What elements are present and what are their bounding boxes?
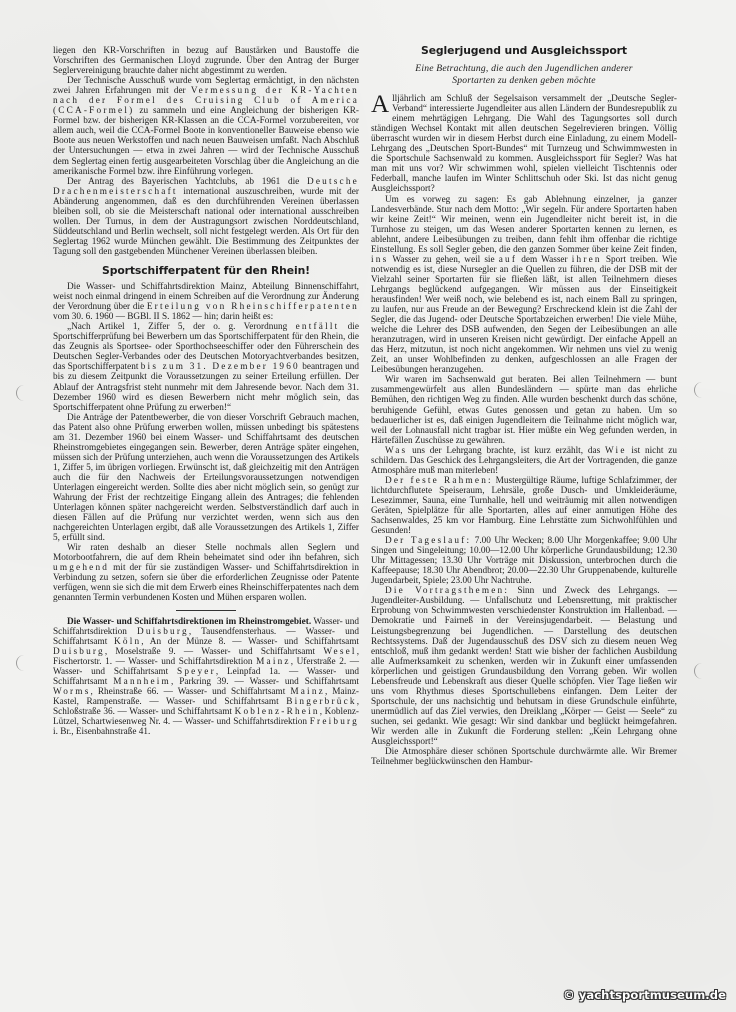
section-divider	[176, 610, 236, 611]
left-column: liegen den KR-Vorschriften in bezug auf …	[53, 46, 359, 737]
paragraph: Wir waren im Sachsenwald gut beraten. Be…	[371, 375, 677, 445]
binding-hole-mark	[16, 655, 27, 671]
directory-city: Duisburg	[137, 627, 189, 637]
drop-cap: A	[371, 95, 389, 115]
directory-city: Worms	[53, 687, 91, 697]
binding-hole-mark	[16, 385, 27, 401]
right-column: Seglerjugend und Ausgleichssport Eine Be…	[371, 46, 677, 767]
paragraph: Alljährlich am Schluß der Segelsaison ve…	[371, 94, 677, 194]
paragraph: Wir raten deshalb an dieser Stelle nochm…	[53, 543, 359, 603]
paragraph: Die Wasser- und Schiffahrtsdirektion Mai…	[53, 282, 359, 322]
quote-paragraph: „Nach Artikel 1, Ziffer 5, der o. g. Ver…	[53, 322, 359, 412]
directory-city: Wesel	[323, 647, 356, 657]
directory-city: Mannheim	[113, 677, 171, 687]
directory-list: Die Wasser- und Schiffahrtsdirektionen i…	[53, 617, 359, 738]
paragraph: Die Vortragsthemen: Sinn und Zweck des L…	[371, 586, 677, 747]
binding-hole-mark	[694, 663, 705, 679]
directory-city: Mainz	[290, 687, 325, 697]
paragraph: Der feste Rahmen: Mustergültige Räume, l…	[371, 476, 677, 536]
paragraph: Der Technische Ausschuß wurde vom Segler…	[53, 76, 359, 176]
paragraph: Die Anträge der Patentbewerber, die von …	[53, 413, 359, 544]
directory-city: Freiburg	[310, 717, 359, 727]
directory-city: Koblenz-Rhein	[235, 707, 320, 717]
paragraph: Die Atmosphäre dieser schönen Sportschul…	[371, 747, 677, 767]
directory-city: Speyer	[177, 667, 216, 677]
article-subtitle: Eine Betrachtung, die auch den Jugendlic…	[371, 63, 677, 87]
paragraph: Was uns der Lehrgang brachte, ist kurz e…	[371, 446, 677, 476]
paragraph: Der Tageslauf: 7.00 Uhr Wecken; 8.00 Uhr…	[371, 536, 677, 586]
directory-city: Duisburg	[53, 647, 105, 657]
directory-entry: — Wasser- und Schiffahrtsdirektion Mainz…	[112, 657, 346, 667]
article-title-seglerjugend: Seglerjugend und Ausgleichssport	[371, 46, 677, 56]
directory-city: Köln	[114, 637, 141, 647]
article-title-sportschifferpatent: Sportschifferpatent für den Rhein!	[53, 266, 359, 276]
paragraph: Um es vorweg zu sagen: Es gab Ablehnung …	[371, 195, 677, 376]
binding-hole-mark	[694, 382, 705, 398]
directory-heading: Die Wasser- und Schiffahrtsdirektionen i…	[67, 617, 311, 627]
directory-city: Mainz	[256, 657, 291, 667]
paragraph: liegen den KR-Vorschriften in bezug auf …	[53, 46, 359, 76]
magazine-page: liegen den KR-Vorschriften in bezug auf …	[0, 0, 736, 1012]
directory-city: Bingerbrück	[286, 697, 356, 707]
copyright-watermark: © yachtsportmuseum.de	[563, 988, 726, 1002]
paragraph: Der Antrag des Bayerischen Yachtclubs, a…	[53, 177, 359, 257]
